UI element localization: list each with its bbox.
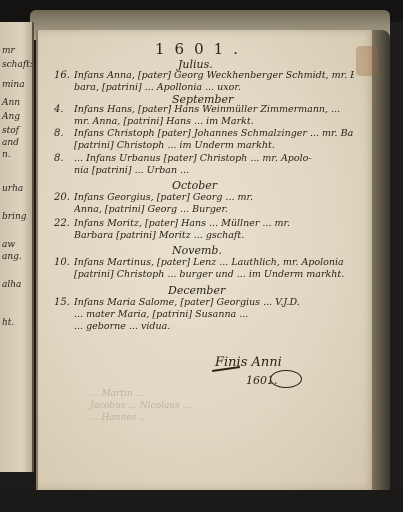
month-heading-december: December: [168, 284, 225, 297]
entry-line: ... mater Maria, [patrini] Susanna ...: [74, 309, 354, 321]
left-page-fragment: Ann: [2, 98, 20, 108]
left-page-fragment: n.: [2, 150, 11, 160]
entry-day: 4.: [54, 104, 72, 115]
left-page-fragment: and: [2, 138, 19, 148]
year-heading: 1601.: [155, 40, 248, 58]
entry-line: mr. Anna, [patrini] Hans ... im Markt.: [74, 116, 354, 128]
entry-line: Infans Georgius, [pater] Georg ... mr.: [74, 192, 354, 204]
entry-day: 8.: [54, 153, 72, 164]
closing-flourish-loop: [270, 370, 302, 388]
entry-line: Infans Anna, [pater] Georg Weckhenberger…: [74, 70, 354, 82]
entry-day: 20.: [54, 192, 72, 203]
month-heading-november: Novemb.: [172, 244, 222, 257]
entry-day: 22.: [54, 218, 72, 229]
left-page-fragment: aw: [2, 240, 15, 250]
entry-line: [patrini] Christoph ... im Underm markht…: [74, 140, 354, 152]
left-page-fragment: mina: [2, 80, 25, 90]
register-entry: 15. Infans Maria Salome, [pater] Georgiu…: [54, 297, 354, 333]
page-right-edge: [372, 30, 390, 495]
bleed-through-text: ... Martin ... Jacobus ... Nicolaus ... …: [90, 388, 340, 424]
register-entry: 8. Infans Christoph [pater] Johannes Sch…: [54, 128, 354, 152]
paper-stain: [356, 46, 378, 76]
left-page-fragment: ht.: [2, 318, 14, 328]
finis-anni-text: Finis Anni: [215, 355, 282, 370]
entry-day: 8.: [54, 128, 72, 139]
photo-background-bottom: [0, 490, 403, 512]
bleed-line: ... Hannes ...: [90, 412, 340, 424]
entry-line: Infans Martinus, [pater] Lenz ... Lauthl…: [74, 257, 354, 269]
register-entry: 16. Infans Anna, [pater] Georg Weckhenbe…: [54, 70, 354, 94]
left-facing-page: mr schaft: mina Ann Ang stof and n. urha…: [0, 22, 34, 472]
register-entry: 22. Infans Moritz, [pater] Hans ... Müll…: [54, 218, 354, 242]
entry-line: ... Infans Urbanus [pater] Christoph ...…: [74, 153, 354, 165]
left-page-fragment: alha: [2, 280, 21, 290]
left-page-fragment: schaft:: [2, 60, 33, 70]
entry-line: Infans Christoph [pater] Johannes Schmal…: [74, 128, 354, 140]
entry-line: Barbara [patrini] Moritz ... gschaft.: [74, 230, 354, 242]
register-entry: 4. Infans Hans, [pater] Hans Weinmüller …: [54, 104, 354, 128]
entry-day: 15.: [54, 297, 72, 308]
entry-line: Infans Moritz, [pater] Hans ... Müllner …: [74, 218, 354, 230]
bleed-line: ... Martin ...: [90, 388, 340, 400]
entry-day: 16.: [54, 70, 72, 81]
bleed-line: Jacobus ... Nicolaus ...: [90, 400, 340, 412]
left-page-fragment: Ang: [2, 112, 20, 122]
left-page-fragment: urha: [2, 184, 23, 194]
entry-line: Anna, [patrini] Georg ... Burger.: [74, 204, 354, 216]
left-page-fragment: ang.: [2, 252, 22, 262]
entry-line: Infans Maria Salome, [pater] Georgius ..…: [74, 297, 354, 309]
entry-day: 10.: [54, 257, 72, 268]
left-page-fragment: stof: [2, 126, 19, 136]
register-entry: 10. Infans Martinus, [pater] Lenz ... La…: [54, 257, 354, 281]
left-page-fragment: mr: [2, 46, 15, 56]
left-page-fragment: bring: [2, 212, 27, 222]
entry-line: [patrini] Christoph ... burger und ... i…: [74, 269, 354, 281]
entry-line: ... geborne ... vidua.: [74, 321, 354, 333]
month-heading-october: October: [172, 179, 217, 192]
entry-line: Infans Hans, [pater] Hans Weinmüller Zim…: [74, 104, 354, 116]
entry-line: nia [patrini] ... Urban ...: [74, 165, 354, 177]
register-entry: 20. Infans Georgius, [pater] Georg ... m…: [54, 192, 354, 216]
register-entry: 8. ... Infans Urbanus [pater] Christoph …: [54, 153, 354, 177]
